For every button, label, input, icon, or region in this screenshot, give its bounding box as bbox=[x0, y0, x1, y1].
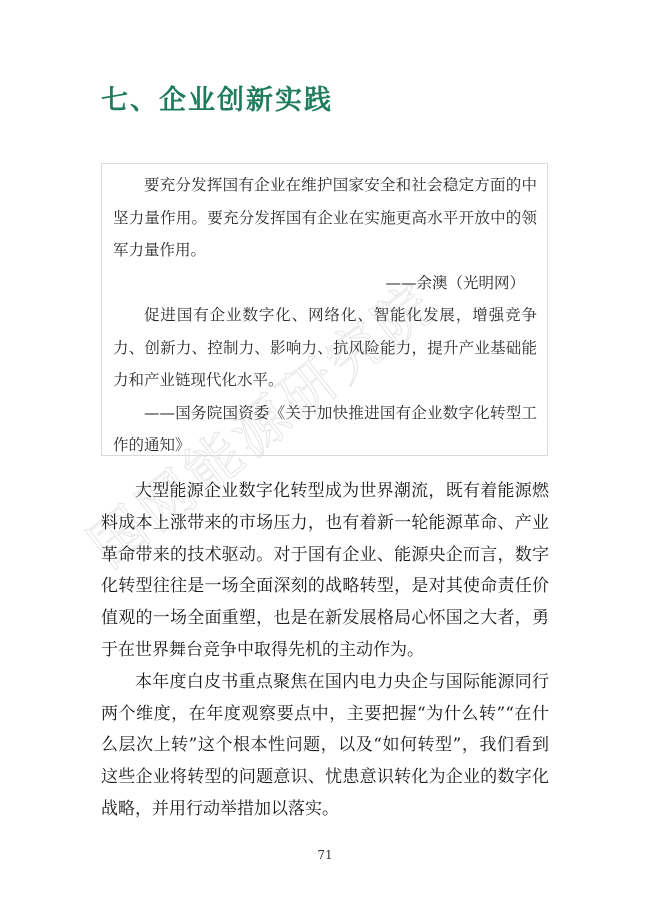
quote-text-1: 要充分发挥国有企业在维护国家安全和社会稳定方面的中坚力量作用。要充分发挥国有企业… bbox=[113, 169, 537, 267]
page-title: 七、企业创新实践 bbox=[101, 78, 333, 117]
quote-text-2: 促进国有企业数字化、网络化、智能化发展，增强竞争力、创新力、控制力、影响力、抗风… bbox=[113, 299, 537, 397]
quote-attribution-1: ——余澳（光明网） bbox=[113, 267, 537, 300]
page-number: 71 bbox=[0, 848, 650, 862]
quote-box: 要充分发挥国有企业在维护国家安全和社会稳定方面的中坚力量作用。要充分发挥国有企业… bbox=[101, 163, 548, 456]
body-text: 大型能源企业数字化转型成为世界潮流，既有着能源燃料成本上涨带来的市场压力，也有着… bbox=[101, 476, 549, 826]
quote-attribution-2: ——国务院国资委《关于加快推进国有企业数字化转型工作的通知》 bbox=[113, 397, 537, 462]
body-paragraph-1: 大型能源企业数字化转型成为世界潮流，既有着能源燃料成本上涨带来的市场压力，也有着… bbox=[101, 476, 549, 667]
body-paragraph-2: 本年度白皮书重点聚焦在国内电力央企与国际能源同行两个维度，在年度观察要点中，主要… bbox=[101, 667, 549, 826]
